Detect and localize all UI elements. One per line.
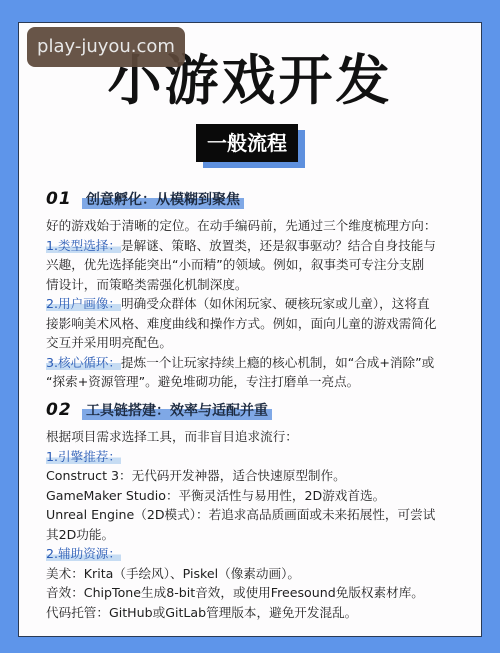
watermark-badge: play-juyou.com	[27, 27, 185, 67]
section-body: 好的游戏始于清晰的定位。在动手编码前，先通过三个维度梳理方向： 1.类型选择：是…	[46, 216, 466, 392]
list-item: 1.类型选择：是解谜、策略、放置类，还是叙事驱动？结合自身技能与	[46, 236, 466, 256]
section-heading: 02 工具链搭建：效率与适配并重	[46, 399, 466, 421]
list-item: Unreal Engine（2D模式）：若追求高品质画面或未来拓展性，可尝试	[46, 505, 466, 525]
section-title: 创意孵化：从模糊到聚焦	[82, 189, 244, 209]
section-number: 01	[46, 189, 80, 209]
item-label: 2.用户画像：	[46, 296, 121, 311]
list-item: 2.用户画像：明确受众群体（如休闲玩家、硬核玩家或儿童），这将直	[46, 294, 466, 314]
list-item: GameMaker Studio：平衡灵活性与易用性，2D游戏首选。	[46, 486, 466, 506]
section-heading: 01 创意孵化：从模糊到聚焦	[46, 188, 466, 210]
section-body: 根据项目需求选择工具，而非盲目追求流行： 1.引擎推荐： Construct 3…	[46, 427, 466, 622]
subtitle-label: 一般流程	[196, 124, 298, 162]
intro-text: 好的游戏始于清晰的定位。在动手编码前，先通过三个维度梳理方向：	[46, 216, 466, 236]
section-01: 01 创意孵化：从模糊到聚焦 好的游戏始于清晰的定位。在动手编码前，先通过三个维…	[46, 188, 466, 392]
item-text: 是解谜、策略、放置类，还是叙事驱动？结合自身技能与	[121, 238, 436, 253]
list-item: 代码托管：GitHub或GitLab管理版本，避免开发混乱。	[46, 603, 466, 623]
item-text: 兴趣，优先选择能突出“小而精”的领域。例如，叙事类可专注分支剧	[46, 255, 466, 275]
section-02: 02 工具链搭建：效率与适配并重 根据项目需求选择工具，而非盲目追求流行： 1.…	[46, 399, 466, 622]
item-label: 3.核心循环：	[46, 355, 121, 370]
item-text: 明确受众群体（如休闲玩家、硬核玩家或儿童），这将直	[121, 296, 430, 311]
intro-text: 根据项目需求选择工具，而非盲目追求流行：	[46, 427, 466, 447]
item-text: 接影响美术风格、难度曲线和操作方式。例如，面向儿童的游戏需简化	[46, 314, 466, 334]
item-text: 交互并采用明亮配色。	[46, 333, 466, 353]
group-label-line: 1.引擎推荐：	[46, 447, 466, 467]
item-label: 1.类型选择：	[46, 238, 121, 253]
subtitle-badge: 一般流程	[196, 124, 298, 162]
list-item: 3.核心循环：提炼一个让玩家持续上瘾的核心机制，如“合成+消除”或	[46, 353, 466, 373]
list-item: Construct 3：无代码开发神器，适合快速原型制作。	[46, 466, 466, 486]
group-label-line: 2.辅助资源：	[46, 544, 466, 564]
section-title: 工具链搭建：效率与适配并重	[82, 400, 272, 420]
section-number: 02	[46, 400, 80, 420]
list-item: 美术：Krita（手绘风）、Piskel（像素动画）。	[46, 564, 466, 584]
item-text: 提炼一个让玩家持续上瘾的核心机制，如“合成+消除”或	[121, 355, 434, 370]
group-label: 1.引擎推荐：	[46, 449, 121, 464]
list-item: 音效：ChipTone生成8-bit音效，或使用Freesound免版权素材库。	[46, 583, 466, 603]
list-item: 其2D功能。	[46, 525, 466, 545]
item-text: “探索+资源管理”。避免堆砌功能，专注打磨单一亮点。	[46, 372, 466, 392]
group-label: 2.辅助资源：	[46, 546, 121, 561]
item-text: 情设计，而策略类需强化机制深度。	[46, 275, 466, 295]
